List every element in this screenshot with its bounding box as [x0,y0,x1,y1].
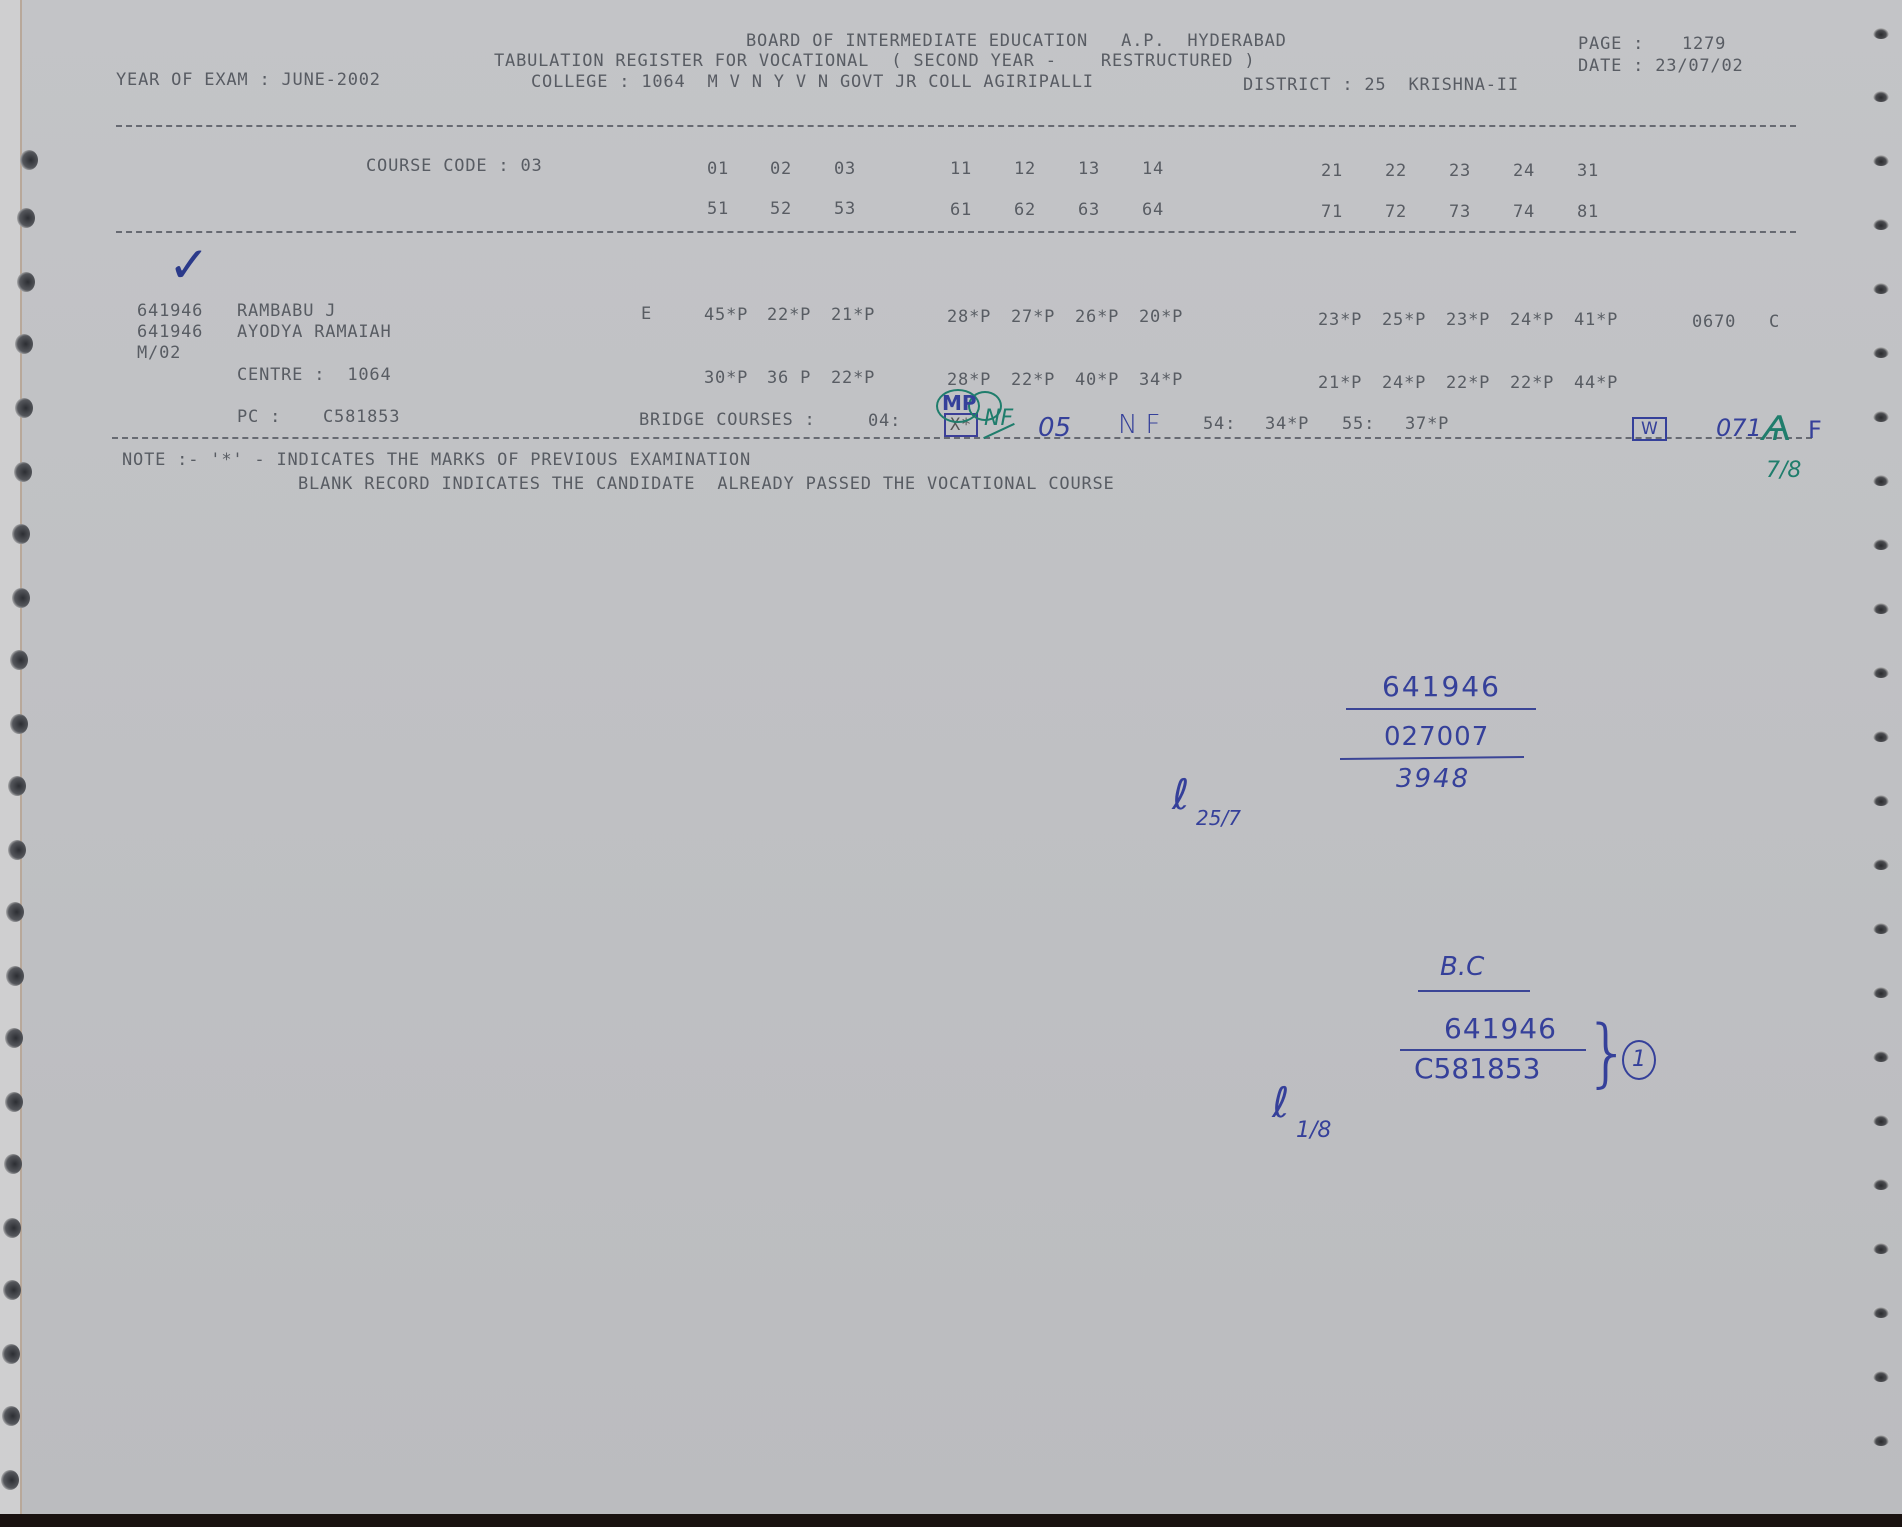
bridge-55-label: 55: [1342,414,1375,434]
perforation-hole [1873,219,1889,230]
mp-annotation: MP [942,391,977,415]
subject-code: 51 [707,199,729,219]
perforation-hole [17,272,35,292]
perforation-hole [1873,475,1889,486]
perforation-hole [10,714,28,734]
calc-underline [1340,756,1524,760]
mark-cell: 36 P [767,368,811,388]
perforation-hole [15,398,33,418]
subject-code: 12 [1014,159,1036,179]
note-line-1: NOTE :- '*' - INDICATES THE MARKS OF PRE… [122,450,751,470]
subject-code: 13 [1078,159,1100,179]
separator-line [112,437,1812,439]
perforation-hole [1873,667,1889,678]
initials-signature: ℓ [1172,770,1189,819]
subject-code: 23 [1449,161,1471,181]
tabulation-sheet: BOARD OF INTERMEDIATE EDUCATION A.P. HYD… [0,0,1902,1515]
bridge-55-value: 37*P [1405,414,1449,434]
board-title: BOARD OF INTERMEDIATE EDUCATION A.P. HYD… [746,31,1287,51]
mark-cell: 22*P [1510,373,1554,393]
bc-label: B.C [1440,952,1484,982]
subject-code: 61 [950,200,972,220]
mark-cell: 23*P [1446,310,1490,330]
mark-cell: 44*P [1574,373,1618,393]
perforation-hole [5,1028,23,1048]
subject-code: 03 [834,159,856,179]
subject-code: 01 [707,159,729,179]
candidate-name: RAMBABU J [237,301,336,321]
perforation-hole [3,1280,21,1300]
perforation-hole [1873,603,1889,614]
calc-mid: 027007 [1384,722,1489,752]
mark-cell: 21*P [831,305,875,325]
college-info: COLLEGE : 1064 M V N Y V N GOVT JR COLL … [531,72,1094,92]
calc-bottom: 3948 [1396,764,1470,794]
mark-cell: 21*P [1318,373,1362,393]
medium: E [641,304,652,324]
subject-code: 71 [1321,202,1343,222]
mark-cell: 22*P [767,305,811,325]
calc-underline [1346,708,1536,710]
perforation-hole [12,524,30,544]
subject-code: 63 [1078,200,1100,220]
mark-cell: 20*P [1139,307,1183,327]
desk-surface [0,1514,1902,1527]
subject-code: 11 [950,159,972,179]
subject-code: 62 [1014,200,1036,220]
perforation-hole [1873,28,1889,39]
subject-code: 64 [1142,200,1164,220]
mark-cell: 45*P [704,305,748,325]
perforation-hole [1873,1179,1889,1190]
perforation-hole [6,902,24,922]
pc-value: C581853 [323,407,400,427]
total-marks: 0670 [1692,312,1736,332]
year-of-exam: YEAR OF EXAM : JUNE-2002 [116,70,381,90]
pc-label: PC : [237,407,281,427]
nf-annotation: NF [1118,410,1168,440]
mark-cell: 27*P [1011,307,1055,327]
perforation-hole [1873,795,1889,806]
mark-cell: 34*P [1139,370,1183,390]
code-05-annotation: 05 [1038,413,1071,443]
centre-info: CENTRE : 1064 [237,365,392,385]
date-label: DATE : 23/07/02 [1578,56,1744,76]
perforation-hole [10,650,28,670]
bc-underline [1400,1049,1586,1051]
subject-code: 53 [834,199,856,219]
subject-code: 73 [1449,202,1471,222]
page-label: PAGE : [1578,34,1644,54]
green-date: 7/8 [1766,458,1801,483]
perforation-hole [8,840,26,860]
bc-underline [1418,990,1530,992]
month-year: M/02 [137,343,181,363]
register-title: TABULATION REGISTER FOR VOCATIONAL ( SEC… [494,51,1255,71]
page-number: 1279 [1682,34,1726,54]
circled-count: 1 [1622,1040,1656,1080]
initials-date: 1/8 [1296,1118,1331,1143]
subject-code: 52 [770,199,792,219]
perforation-hole [12,588,30,608]
mark-cell: 24*P [1510,310,1554,330]
mark-cell: 22*P [1011,370,1055,390]
mark-cell: 24*P [1382,373,1426,393]
mark-cell: 30*P [704,368,748,388]
perforation-hole [1873,155,1889,166]
perforation-hole [1873,1435,1889,1446]
perforation-hole [6,966,24,986]
w-box: W [1632,417,1667,441]
mark-cell: 25*P [1382,310,1426,330]
subject-code: 02 [770,159,792,179]
mark-cell: 40*P [1075,370,1119,390]
separator-line [116,125,1796,127]
perforation-hole [1873,1115,1889,1126]
perforation-hole [1873,411,1889,422]
perforation-hole [20,150,38,170]
grade: C [1769,312,1780,332]
initials-green: Ѧ [1762,409,1792,449]
perforation-hole [14,462,32,482]
perforation-hole [1873,1307,1889,1318]
perforation-hole [5,1092,23,1112]
separator-line [116,231,1796,233]
bridge-54-value: 34*P [1265,414,1309,434]
subject-code: 21 [1321,161,1343,181]
perforation-hole [8,776,26,796]
subject-code: 72 [1385,202,1407,222]
bridge-courses-label: BRIDGE COURSES : [639,410,816,430]
bridge-54-label: 54: [1203,414,1236,434]
perforation-hole [1873,347,1889,358]
perforation-hole [2,1406,20,1426]
mark-cell: 22*P [1446,373,1490,393]
initials-signature: ℓ [1272,1078,1289,1127]
perforation-hole [4,1154,22,1174]
subject-code: 22 [1385,161,1407,181]
perforation-hole [1873,923,1889,934]
perforation-hole [1873,987,1889,998]
district-info: DISTRICT : 25 KRISHNA-II [1243,75,1519,95]
subject-code: 14 [1142,159,1164,179]
perforation-hole [1,1470,19,1490]
bc-hallticket: 641946 [1444,1012,1557,1045]
perforation-hole [3,1218,21,1238]
subject-code: 31 [1577,161,1599,181]
perforation-hole [1873,731,1889,742]
perforation-hole [1873,859,1889,870]
mark-cell: 22*P [831,368,875,388]
perforation-hole [1873,1371,1889,1382]
mark-cell: 23*P [1318,310,1362,330]
mark-cell: 28*P [947,370,991,390]
total-correction: 071 [1716,414,1762,442]
calc-top: 641946 [1382,670,1501,703]
subject-code: 81 [1577,202,1599,222]
perforation-hole [1873,283,1889,294]
perforation-hole [1873,91,1889,102]
subject-code: 24 [1513,161,1535,181]
mark-cell: 28*P [947,307,991,327]
father-name: AYODYA RAMAIAH [237,322,392,342]
perforation-hole [1873,1051,1889,1062]
perforation-hole [1873,1243,1889,1254]
perforation-hole [1873,539,1889,550]
perforation-hole [15,334,33,354]
initials-date: 25/7 [1196,806,1241,830]
mark-cell: 26*P [1075,307,1119,327]
f-mark: F [1808,416,1822,444]
bc-pc: C581853 [1414,1052,1540,1085]
reference-number: 641946 [137,322,203,342]
course-code: COURSE CODE : 03 [366,156,543,176]
hall-ticket-number: 641946 [137,301,203,321]
note-line-2: BLANK RECORD INDICATES THE CANDIDATE ALR… [298,474,1115,494]
bridge-04-label: 04: [868,411,901,431]
mark-cell: 41*P [1574,310,1618,330]
perforation-hole [17,208,35,228]
subject-code: 74 [1513,202,1535,222]
perforation-hole [2,1344,20,1364]
checkmark-icon: ✓ [168,236,210,294]
